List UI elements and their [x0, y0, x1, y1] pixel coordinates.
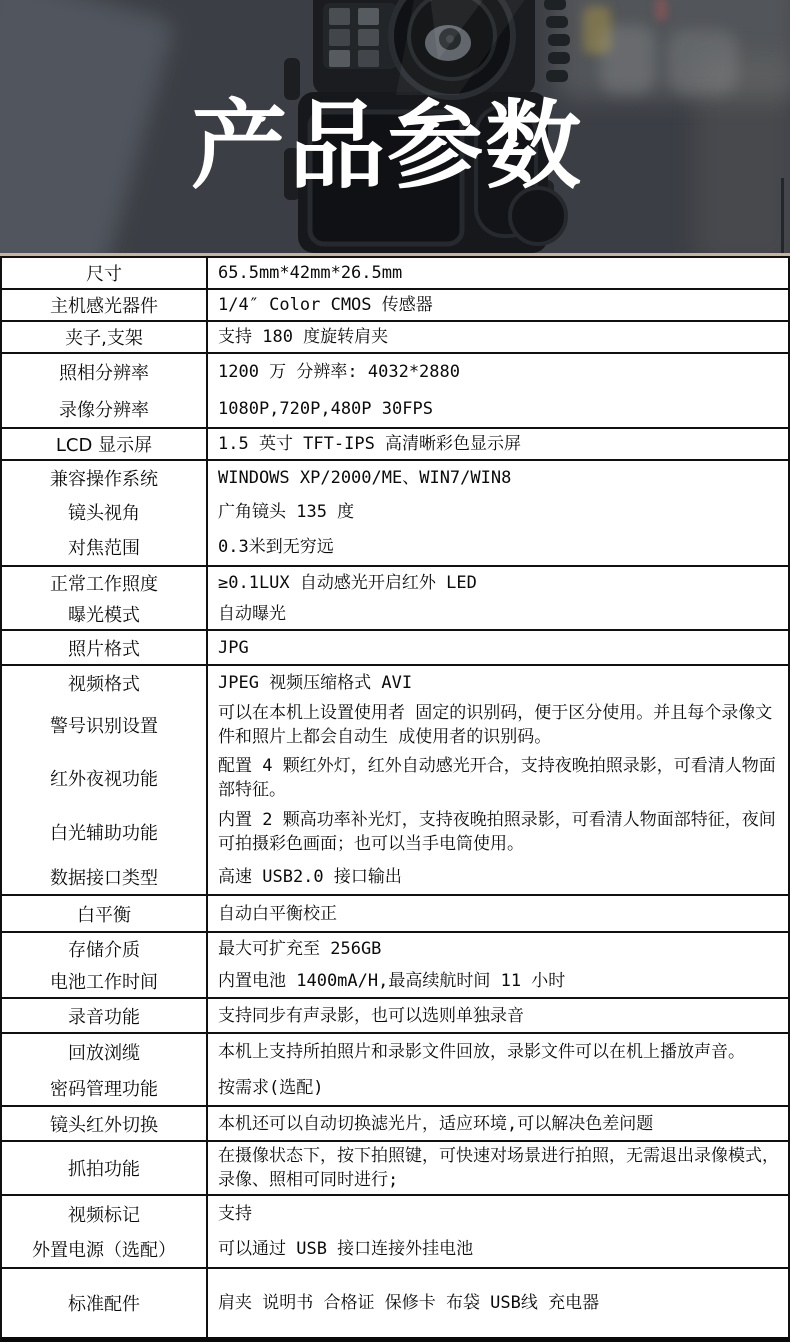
spec-label: 正常工作照度: [2, 567, 208, 598]
spec-group: 视频标记 支持 外置电源（选配） 可以通过 USB 接口连接外挂电池: [2, 1196, 788, 1269]
spec-value: 在摄像状态下，按下拍照键，可快速对场景进行拍照，无需退出录像模式，录像、照相可同…: [208, 1142, 788, 1194]
spec-group: 白平衡 自动白平衡校正: [2, 896, 788, 933]
spec-row: 正常工作照度 ≥0.1LUX 自动感光开启红外 LED: [2, 567, 788, 598]
background-photo-shoulder: [0, 0, 176, 253]
spec-value: JPEG 视频压缩格式 AVI: [208, 666, 788, 699]
spec-row: 外置电源（选配） 可以通过 USB 接口连接外挂电池: [2, 1231, 788, 1267]
spec-row: LCD 显示屏 1.5 英寸 TFT-IPS 高清晰彩色显示屏: [2, 429, 788, 459]
spec-row: 警号识别设置 可以在本机上设置使用者 固定的识别码，便于区分使用。并且每个录像文…: [2, 699, 788, 751]
spec-value: 1080P,720P,480P 30FPS: [208, 390, 788, 427]
spec-label: 主机感光器件: [2, 290, 208, 320]
spec-value: 0.3米到无穷远: [208, 528, 788, 565]
spec-label: 白光辅助功能: [2, 805, 208, 859]
spec-row: 存储介质 最大可扩充至 256GB: [2, 933, 788, 964]
spec-label: 抓拍功能: [2, 1142, 208, 1194]
spec-group: 夹子,支架 支持 180 度旋转肩夹: [2, 322, 788, 354]
spec-value: 65.5mm*42mm*26.5mm: [208, 258, 788, 288]
spec-label: 视频标记: [2, 1196, 208, 1231]
spec-value: 自动白平衡校正: [208, 896, 788, 931]
spec-row: 主机感光器件 1/4″ Color CMOS 传感器: [2, 290, 788, 320]
header-banner: 产品参数: [0, 0, 790, 253]
spec-label: 回放浏缆: [2, 1034, 208, 1070]
spec-row: 电池工作时间 内置电池 1400mA/H,最高续航时间 11 小时: [2, 964, 788, 997]
spec-value: 内置 2 颗高功率补光灯，支持夜晚拍照录影，可看清人物面部特征，夜间可拍摄彩色画…: [208, 805, 788, 859]
spec-value: 肩夹 说明书 合格证 保修卡 布袋 USB线 充电器: [208, 1269, 788, 1337]
spec-label: LCD 显示屏: [2, 429, 208, 459]
spec-label: 镜头视角: [2, 495, 208, 528]
spec-label: 外置电源（选配）: [2, 1231, 208, 1267]
spec-row: 回放浏缆 本机上支持所拍照片和录影文件回放，录影文件可以在机上播放声音。: [2, 1034, 788, 1070]
spec-row: 尺寸 65.5mm*42mm*26.5mm: [2, 258, 788, 288]
spec-label: 兼容操作系统: [2, 461, 208, 495]
spec-row: 密码管理功能 按需求(选配): [2, 1070, 788, 1105]
spec-label: 照片格式: [2, 631, 208, 664]
spec-label: 曝光模式: [2, 598, 208, 629]
spec-value: 1.5 英寸 TFT-IPS 高清晰彩色显示屏: [208, 429, 788, 459]
spec-label: 录音功能: [2, 999, 208, 1032]
spec-group: 抓拍功能 在摄像状态下，按下拍照键，可快速对场景进行拍照，无需退出录像模式，录像…: [2, 1142, 788, 1196]
spec-row: 兼容操作系统 WINDOWS XP/2000/ME、WIN7/WIN8: [2, 461, 788, 495]
spec-group: 视频格式 JPEG 视频压缩格式 AVI 警号识别设置 可以在本机上设置使用者 …: [2, 666, 788, 896]
spec-value: 支持: [208, 1196, 788, 1231]
spec-row: 抓拍功能 在摄像状态下，按下拍照键，可快速对场景进行拍照，无需退出录像模式，录像…: [2, 1142, 788, 1194]
spec-value: 可以通过 USB 接口连接外挂电池: [208, 1231, 788, 1267]
spec-label: 视频格式: [2, 666, 208, 699]
spec-value: JPG: [208, 631, 788, 664]
spec-value: WINDOWS XP/2000/ME、WIN7/WIN8: [208, 461, 788, 495]
spec-value: 支持同步有声录影，也可以选则单独录音: [208, 999, 788, 1032]
spec-label: 电池工作时间: [2, 964, 208, 997]
spec-value: 按需求(选配): [208, 1070, 788, 1105]
spec-label: 照相分辨率: [2, 354, 208, 390]
spec-row: 白平衡 自动白平衡校正: [2, 896, 788, 931]
spec-value: 高速 USB2.0 接口输出: [208, 859, 788, 894]
spec-value: 本机上支持所拍照片和录影文件回放，录影文件可以在机上播放声音。: [208, 1034, 788, 1070]
spec-row: 镜头视角 广角镜头 135 度: [2, 495, 788, 528]
spec-value: ≥0.1LUX 自动感光开启红外 LED: [208, 567, 788, 598]
spec-value: 1200 万 分辨率: 4032*2880: [208, 354, 788, 390]
background-photo-blur: [600, 25, 655, 95]
spec-row: 曝光模式 自动曝光: [2, 598, 788, 629]
spec-row: 录音功能 支持同步有声录影，也可以选则单独录音: [2, 999, 788, 1032]
spec-label: 红外夜视功能: [2, 751, 208, 805]
spec-label: 白平衡: [2, 896, 208, 931]
spec-group: 尺寸 65.5mm*42mm*26.5mm: [2, 258, 788, 290]
spec-row: 夹子,支架 支持 180 度旋转肩夹: [2, 322, 788, 352]
spec-group: 存储介质 最大可扩充至 256GB 电池工作时间 内置电池 1400mA/H,最…: [2, 933, 788, 999]
spec-row: 照相分辨率 1200 万 分辨率: 4032*2880: [2, 354, 788, 390]
spec-row: 标准配件 肩夹 说明书 合格证 保修卡 布袋 USB线 充电器: [2, 1269, 788, 1337]
spec-label: 数据接口类型: [2, 859, 208, 894]
spec-row: 镜头红外切换 本机还可以自动切换滤光片，适应环境,可以解决色差问题: [2, 1107, 788, 1140]
spec-row: 红外夜视功能 配置 4 颗红外灯，红外自动感光开合，支持夜晚拍照录影，可看清人物…: [2, 751, 788, 805]
spec-value: 自动曝光: [208, 598, 788, 629]
spec-group: 照片格式 JPG: [2, 631, 788, 666]
spec-value: 1/4″ Color CMOS 传感器: [208, 290, 788, 320]
spec-label: 夹子,支架: [2, 322, 208, 352]
spec-group: 回放浏缆 本机上支持所拍照片和录影文件回放，录影文件可以在机上播放声音。 密码管…: [2, 1034, 788, 1107]
spec-row: 照片格式 JPG: [2, 631, 788, 664]
page-title: 产品参数: [191, 98, 583, 194]
spec-row: 白光辅助功能 内置 2 颗高功率补光灯，支持夜晚拍照录影，可看清人物面部特征，夜…: [2, 805, 788, 859]
spec-label: 密码管理功能: [2, 1070, 208, 1105]
spec-group: 兼容操作系统 WINDOWS XP/2000/ME、WIN7/WIN8 镜头视角…: [2, 461, 788, 567]
spec-label: 标准配件: [2, 1269, 208, 1337]
product-spec-table: 尺寸 65.5mm*42mm*26.5mm 主机感光器件 1/4″ Color …: [0, 256, 790, 1342]
spec-row: 录像分辨率 1080P,720P,480P 30FPS: [2, 390, 788, 427]
spec-group: 标准配件 肩夹 说明书 合格证 保修卡 布袋 USB线 充电器: [2, 1269, 788, 1337]
spec-label: 对焦范围: [2, 528, 208, 565]
spec-value: 配置 4 颗红外灯，红外自动感光开合，支持夜晚拍照录影，可看清人物面部特征。: [208, 751, 788, 805]
spec-row: 视频格式 JPEG 视频压缩格式 AVI: [2, 666, 788, 699]
spec-value: 本机还可以自动切换滤光片，适应环境,可以解决色差问题: [208, 1107, 788, 1140]
spec-label: 录像分辨率: [2, 390, 208, 427]
spec-label: 存储介质: [2, 933, 208, 964]
spec-group: 照相分辨率 1200 万 分辨率: 4032*2880 录像分辨率 1080P,…: [2, 354, 788, 429]
spec-group: 正常工作照度 ≥0.1LUX 自动感光开启红外 LED 曝光模式 自动曝光: [2, 567, 788, 631]
spec-label: 尺寸: [2, 258, 208, 288]
background-photo-edge: [781, 178, 784, 253]
spec-group: 镜头红外切换 本机还可以自动切换滤光片，适应环境,可以解决色差问题: [2, 1107, 788, 1142]
ir-led-panel-icon: [323, 3, 397, 69]
background-photo-blur: [655, 0, 667, 20]
spec-label: 镜头红外切换: [2, 1107, 208, 1140]
spec-group: LCD 显示屏 1.5 英寸 TFT-IPS 高清晰彩色显示屏: [2, 429, 788, 461]
spec-group: 录音功能 支持同步有声录影，也可以选则单独录音: [2, 999, 788, 1034]
background-photo-blur: [668, 30, 738, 95]
spec-row: 对焦范围 0.3米到无穷远: [2, 528, 788, 565]
spec-label: 警号识别设置: [2, 699, 208, 751]
spec-value: 支持 180 度旋转肩夹: [208, 322, 788, 352]
spec-value: 内置电池 1400mA/H,最高续航时间 11 小时: [208, 964, 788, 997]
spec-value: 最大可扩充至 256GB: [208, 933, 788, 964]
spec-value: 可以在本机上设置使用者 固定的识别码，便于区分使用。并且每个录像文件和照片上都会…: [208, 699, 788, 751]
spec-group: 主机感光器件 1/4″ Color CMOS 传感器: [2, 290, 788, 322]
spec-value: 广角镜头 135 度: [208, 495, 788, 528]
spec-row: 数据接口类型 高速 USB2.0 接口输出: [2, 859, 788, 894]
spec-row: 视频标记 支持: [2, 1196, 788, 1231]
